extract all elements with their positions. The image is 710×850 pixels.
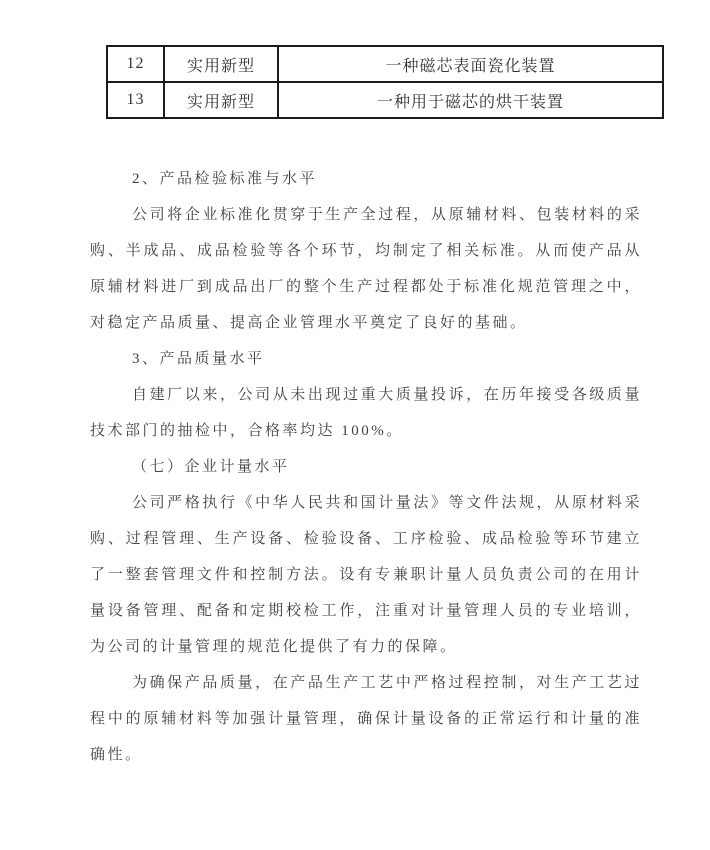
- document-body: 2、产品检验标准与水平 公司将企业标准化贯穿于生产全过程，从原辅材料、包装材料的…: [90, 161, 642, 773]
- patent-index-cell: 12: [107, 46, 164, 82]
- paragraph: 公司严格执行《中华人民共和国计量法》等文件法规，从原材料采购、过程管理、生产设备…: [90, 485, 642, 665]
- section-heading-enterprise-metrology: （七）企业计量水平: [90, 449, 642, 485]
- patent-name-cell: 一种用于磁芯的烘干装置: [278, 82, 663, 118]
- section-heading-product-quality: 3、产品质量水平: [90, 341, 642, 377]
- patent-type-cell: 实用新型: [164, 82, 278, 118]
- document-page: 12 实用新型 一种磁芯表面瓷化装置 13 实用新型 一种用于磁芯的烘干装置 2…: [0, 0, 710, 850]
- section-heading-product-inspection: 2、产品检验标准与水平: [90, 161, 642, 197]
- table-row: 13 实用新型 一种用于磁芯的烘干装置: [107, 82, 663, 118]
- patent-index-cell: 13: [107, 82, 164, 118]
- paragraph: 公司将企业标准化贯穿于生产全过程，从原辅材料、包装材料的采购、半成品、成品检验等…: [90, 197, 642, 341]
- patent-list-table: 12 实用新型 一种磁芯表面瓷化装置 13 实用新型 一种用于磁芯的烘干装置: [106, 45, 664, 119]
- table-row: 12 实用新型 一种磁芯表面瓷化装置: [107, 46, 663, 82]
- patent-type-cell: 实用新型: [164, 46, 278, 82]
- paragraph: 自建厂以来，公司从未出现过重大质量投诉，在历年接受各级质量技术部门的抽检中，合格…: [90, 377, 642, 449]
- paragraph: 为确保产品质量，在产品生产工艺中严格过程控制，对生产工艺过程中的原辅材料等加强计…: [90, 665, 642, 773]
- patent-name-cell: 一种磁芯表面瓷化装置: [278, 46, 663, 82]
